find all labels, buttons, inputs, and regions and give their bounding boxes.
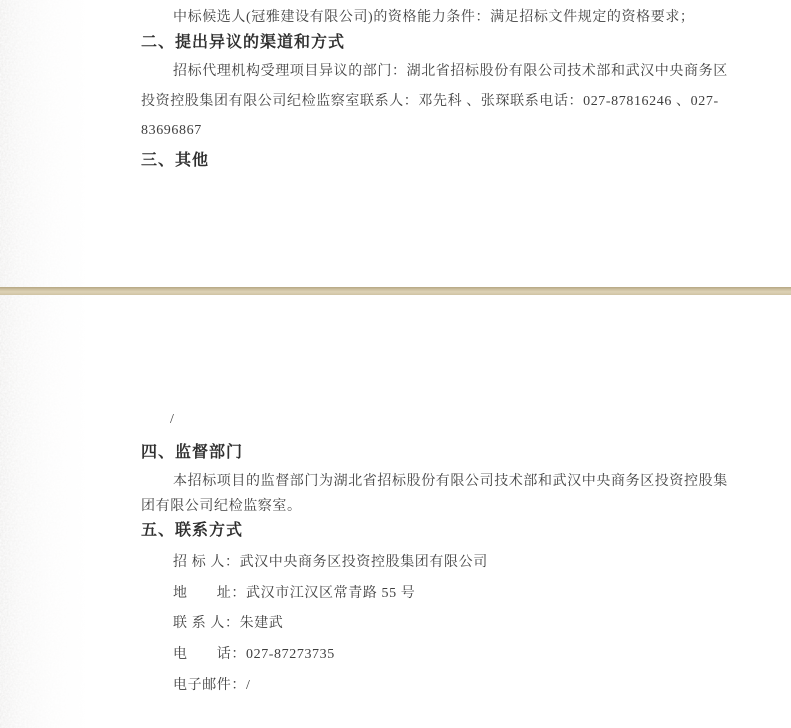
para-qualification: 中标候选人(冠雅建设有限公司)的资格能力条件：满足招标文件规定的资格要求； bbox=[173, 8, 695, 27]
section-heading-objection: 二、提出异议的渠道和方式 bbox=[141, 33, 345, 53]
document-content: 中标候选人(冠雅建设有限公司)的资格能力条件：满足招标文件规定的资格要求； 二、… bbox=[0, 0, 791, 728]
document-page-view: 中标候选人(冠雅建设有限公司)的资格能力条件：满足招标文件规定的资格要求； 二、… bbox=[0, 0, 791, 728]
para-agency-line1: 招标代理机构受理项目异议的部门：湖北省招标股份有限公司技术部和武汉中央商务区 bbox=[173, 62, 728, 81]
contact-phone: 电 话：027-87273735 bbox=[173, 645, 335, 664]
section-heading-supervision: 四、监督部门 bbox=[141, 443, 243, 463]
contact-person: 联 系 人：朱建武 bbox=[173, 614, 283, 633]
section-heading-other: 三、其他 bbox=[141, 151, 209, 171]
para-agency-line2: 投资控股集团有限公司纪检监察室联系人：邓先科 、张琛联系电话：027-87816… bbox=[141, 92, 719, 111]
contact-email: 电子邮件：/ bbox=[173, 676, 251, 695]
para-agency-line3: 83696867 bbox=[141, 121, 202, 140]
other-placeholder-slash: / bbox=[170, 410, 175, 429]
contact-address: 地 址：武汉市江汉区常青路 55 号 bbox=[173, 584, 415, 603]
para-supervision-line1: 本招标项目的监督部门为湖北省招标股份有限公司技术部和武汉中央商务区投资控股集 bbox=[173, 472, 728, 491]
contact-tenderee: 招 标 人：武汉中央商务区投资控股集团有限公司 bbox=[173, 553, 488, 572]
section-heading-contact: 五、联系方式 bbox=[141, 521, 243, 541]
para-supervision-line2: 团有限公司纪检监察室。 bbox=[141, 497, 302, 516]
